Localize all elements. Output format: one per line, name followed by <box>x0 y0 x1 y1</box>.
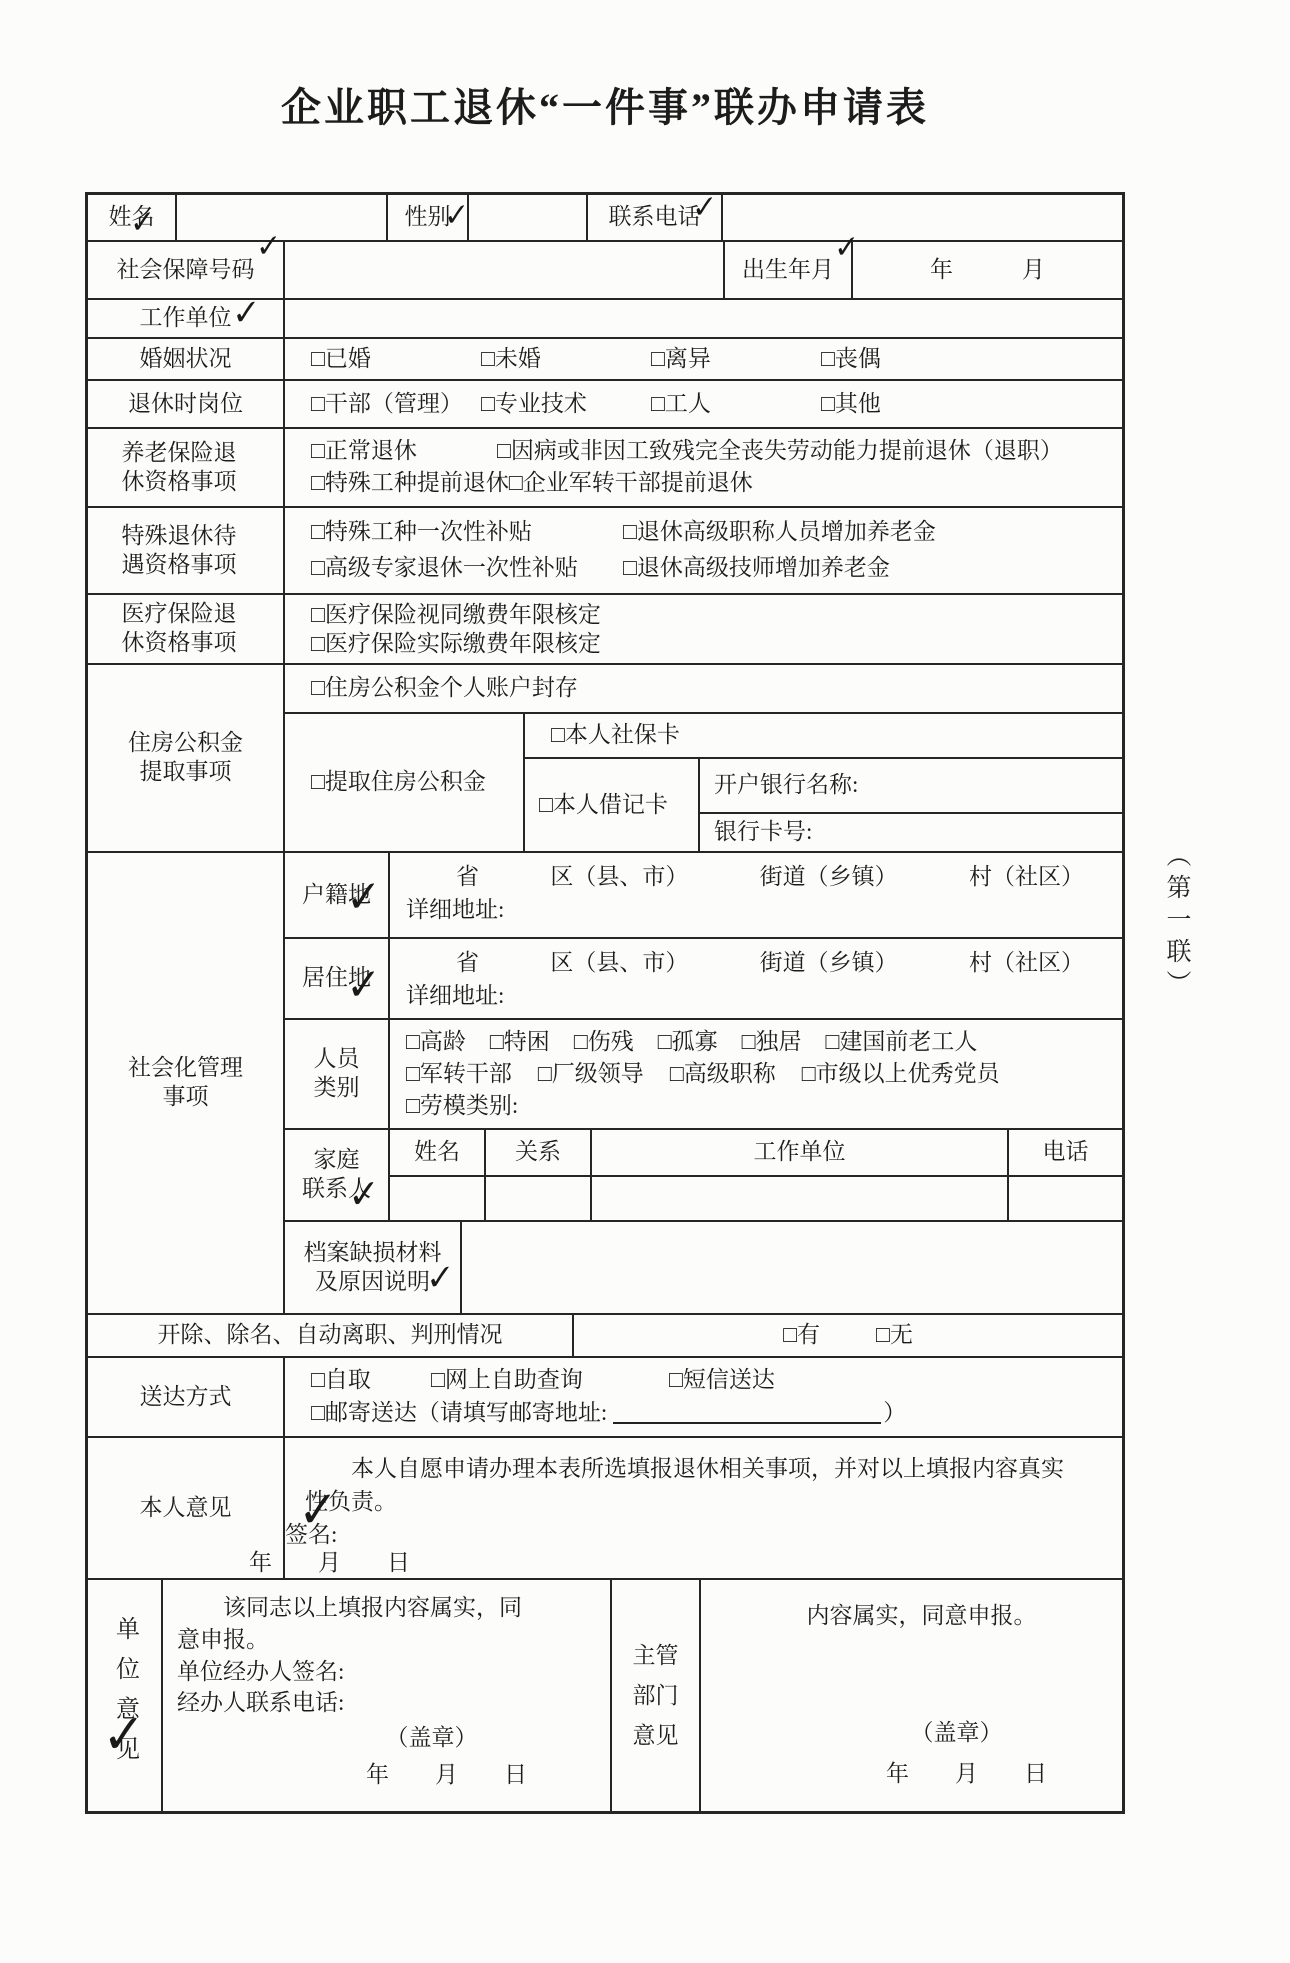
family-name-header: 姓名 <box>390 1130 484 1175</box>
employer-date-line[interactable]: 年 月 日 <box>163 1753 610 1790</box>
bank-name-label: 开户银行名称: <box>714 771 858 800</box>
family-data-row <box>390 1175 1122 1220</box>
pension-options: □正常退休 □因病或非因工致残完全丧失劳动能力提前退休（退职） □特殊工种提前退… <box>283 429 1122 506</box>
checkbox-unmarried[interactable]: □未婚 <box>481 345 651 374</box>
checkbox-special-work-subsidy[interactable]: □特殊工种一次性补贴 <box>311 518 623 547</box>
hukou-region-headers: 省 区（县、市） 街道（乡镇） 村（社区） <box>390 853 1122 892</box>
personal-opinion-content: 本人自愿申请办理本表所选填报退休相关事项，并对以上填报内容真实性负责。 签名: … <box>283 1438 1122 1578</box>
hukou-address-cell[interactable]: 省 区（县、市） 街道（乡镇） 村（社区） 详细地址: <box>388 853 1122 937</box>
supervisor-statement: 内容属实，同意申报。 <box>701 1580 1122 1631</box>
checkbox-normal-retire[interactable]: □正常退休 <box>311 437 497 466</box>
row-basic-1: 姓名 性别 联系电话 <box>88 195 1122 240</box>
ssn-input-cell[interactable] <box>283 242 723 298</box>
checkbox-worker[interactable]: □工人 <box>651 390 821 419</box>
housing-seal-row: □住房公积金个人账户封存 <box>285 665 1122 712</box>
checkbox-withdraw-housing-fund-cell: □提取住房公积金 <box>285 714 523 851</box>
checkbox-no[interactable]: □无 <box>876 1321 913 1350</box>
mail-option-suffix: ） <box>883 1399 906 1428</box>
archive-input-cell[interactable] <box>460 1222 1122 1313</box>
employer-statement: 该同志以上填报内容属实，同意申报。 <box>163 1580 529 1656</box>
name-label: 姓名 <box>88 195 175 240</box>
scanned-form-page: 企业职工退休“一件事”联办申请表 姓名 性别 联系电话 社会保障号码 出生年月 … <box>0 0 1290 1963</box>
checkbox-withdraw-housing-fund[interactable]: □提取住房公积金 <box>311 768 486 797</box>
gender-label: 性别 <box>386 195 467 240</box>
residence-detail-label: 详细地址: <box>390 978 1122 1019</box>
checkbox-married[interactable]: □已婚 <box>311 345 481 374</box>
person-type-row: 人员类别 □高龄 □特困 □伤残 □孤寡 □独居 □建国前老工人 □军转干部 <box>285 1018 1122 1128</box>
family-name-input[interactable] <box>390 1177 484 1220</box>
family-header-row: 姓名 关系 工作单位 电话 <box>390 1130 1122 1175</box>
province-label: 省 <box>456 949 479 978</box>
gender-input-cell[interactable] <box>467 195 586 240</box>
family-employer-header: 工作单位 <box>590 1130 1007 1175</box>
family-relation-input[interactable] <box>484 1177 590 1220</box>
checkbox-factory-leader[interactable]: □厂级领导 <box>538 1060 644 1089</box>
row-opinions: 单位意见 该同志以上填报内容属实，同意申报。 单位经办人签名: 经办人联系电话:… <box>88 1578 1122 1811</box>
dismissal-label: 开除、除名、自动离职、判刑情况 <box>88 1315 572 1356</box>
marital-options: □已婚 □未婚 □离异 □丧偶 <box>283 339 1122 379</box>
checkbox-elderly[interactable]: □高龄 <box>406 1028 466 1057</box>
checkbox-army-cadre-retire[interactable]: □企业军转干部提前退休 <box>509 469 753 498</box>
family-contact-table: 姓名 关系 工作单位 电话 <box>388 1130 1122 1220</box>
housing-content: □住房公积金个人账户封存 □提取住房公积金 □本人社保卡 □本人借记卡 <box>283 665 1122 851</box>
housing-label: 住房公积金提取事项 <box>88 665 283 851</box>
checkbox-mail-delivery[interactable]: □邮寄送达（请填写邮寄地址: <box>311 1399 607 1428</box>
social-management-label: 社会化管理事项 <box>88 853 283 1313</box>
employer-opinion-label: 单位意见 <box>88 1580 161 1811</box>
checkbox-senior-technician-pension[interactable]: □退休高级技师增加养老金 <box>623 554 890 583</box>
checkbox-extreme-poverty[interactable]: □特困 <box>490 1028 550 1057</box>
village-label: 村（社区） <box>969 949 1084 978</box>
family-relation-header: 关系 <box>484 1130 590 1175</box>
row-special-benefit: 特殊退休待遇资格事项 □特殊工种一次性补贴 □退休高级职称人员增加养老金 □高级… <box>88 506 1122 593</box>
checkbox-sms-delivery[interactable]: □短信送达 <box>669 1366 775 1395</box>
medical-options: □医疗保险视同缴费年限核定 □医疗保险实际缴费年限核定 <box>283 595 1122 663</box>
position-label: 退休时岗位 <box>88 381 283 427</box>
dismissal-options: □有 □无 <box>572 1315 1122 1356</box>
row-delivery: 送达方式 □自取 □网上自助查询 □短信送达 □邮寄送达（请填写邮寄地址: ） <box>88 1356 1122 1436</box>
checkbox-divorced[interactable]: □离异 <box>651 345 821 374</box>
delivery-label: 送达方式 <box>88 1358 283 1436</box>
checkbox-other[interactable]: □其他 <box>821 390 881 419</box>
medical-label: 医疗保险退休资格事项 <box>88 595 283 663</box>
family-contact-block: 家庭 联系人 姓名 关系 工作单位 电话 <box>285 1128 1122 1220</box>
bank-card-label: 银行卡号: <box>714 818 812 847</box>
bank-card-cell[interactable]: 银行卡号: <box>700 812 1122 851</box>
street-label: 街道（乡镇） <box>760 949 898 978</box>
position-options: □干部（管理） □专业技术 □工人 □其他 <box>283 381 1122 427</box>
bank-info-area: 开户银行名称: 银行卡号: <box>698 759 1122 851</box>
agent-phone-label[interactable]: 经办人联系电话: <box>163 1687 610 1718</box>
district-label: 区（县、市） <box>550 863 688 892</box>
province-label: 省 <box>456 863 479 892</box>
checkbox-senior-title-pension[interactable]: □退休高级职称人员增加养老金 <box>623 518 936 547</box>
ssn-label: 社会保障号码 <box>88 242 283 298</box>
row-pension: 养老保险退休资格事项 □正常退休 □因病或非因工致残完全丧失劳动能力提前退休（退… <box>88 427 1122 506</box>
checkbox-widowed-alone[interactable]: □孤寡 <box>658 1028 718 1057</box>
archive-label: 档案缺损材料及原因说明 <box>285 1222 460 1313</box>
mail-address-input-line[interactable] <box>613 1400 881 1424</box>
family-employer-input[interactable] <box>590 1177 1007 1220</box>
village-label: 村（社区） <box>969 863 1084 892</box>
debit-card-row: □本人借记卡 开户银行名称: 银行卡号: <box>525 757 1122 851</box>
checkbox-special-work-retire[interactable]: □特殊工种提前退休 <box>311 469 509 498</box>
row-housing: 住房公积金提取事项 □住房公积金个人账户封存 □提取住房公积金 □本人社保卡 <box>88 663 1122 851</box>
checkbox-senior-title[interactable]: □高级职称 <box>670 1060 776 1089</box>
application-form-table: 姓名 性别 联系电话 社会保障号码 出生年月 年 月 工作单位 婚姻状况 □已婚… <box>85 192 1125 1814</box>
checkbox-model-worker-type[interactable]: □劳模类别: <box>406 1092 518 1121</box>
checkbox-technical[interactable]: □专业技术 <box>481 390 651 419</box>
residence-address-cell[interactable]: 省 区（县、市） 街道（乡镇） 村（社区） 详细地址: <box>388 939 1122 1018</box>
housing-card-area: □本人社保卡 □本人借记卡 开户银行名称: 银行卡号 <box>523 714 1122 851</box>
family-phone-header: 电话 <box>1007 1130 1122 1175</box>
personal-date-line[interactable]: 年 月 日 <box>249 1549 1004 1578</box>
family-contact-label: 家庭 联系人 <box>285 1130 388 1220</box>
hukou-label: 户籍地 <box>285 853 388 937</box>
employer-label: 工作单位 <box>88 300 283 337</box>
checkbox-yes[interactable]: □有 <box>783 1321 820 1350</box>
special-benefit-options: □特殊工种一次性补贴 □退休高级职称人员增加养老金 □高级专家退休一次性补贴 □… <box>283 508 1122 593</box>
checkbox-own-debit-card-cell: □本人借记卡 <box>525 759 698 851</box>
checkbox-outstanding-party-member[interactable]: □市级以上优秀党员 <box>802 1060 1000 1089</box>
person-type-label: 人员类别 <box>285 1020 388 1128</box>
row-personal-opinion: 本人意见 本人自愿申请办理本表所选填报退休相关事项，并对以上填报内容真实性负责。… <box>88 1436 1122 1578</box>
checkbox-own-social-card[interactable]: □本人社保卡 <box>551 721 680 750</box>
agent-sign-label[interactable]: 单位经办人签名: <box>163 1656 610 1687</box>
social-card-row: □本人社保卡 <box>525 714 1122 757</box>
supervisor-opinion-label: 主管部门意见 <box>610 1580 699 1811</box>
phone-input-cell[interactable] <box>721 195 1122 240</box>
checkbox-own-debit-card[interactable]: □本人借记卡 <box>539 791 668 820</box>
checkbox-illness-retire[interactable]: □因病或非因工致残完全丧失劳动能力提前退休（退职） <box>497 437 1063 466</box>
checkbox-pre-liberation-worker[interactable]: □建国前老工人 <box>826 1028 978 1057</box>
employer-opinion-content: 该同志以上填报内容属实，同意申报。 单位经办人签名: 经办人联系电话: （盖章）… <box>161 1580 610 1811</box>
family-phone-input[interactable] <box>1007 1177 1122 1220</box>
personal-statement: 本人自愿申请办理本表所选填报退休相关事项，并对以上填报内容真实性负责。 <box>285 1438 1075 1519</box>
residence-row: 居住地 省 区（县、市） 街道（乡镇） 村（社区） 详细地址: <box>285 937 1122 1018</box>
birth-label: 出生年月 <box>723 242 851 298</box>
hukou-row: 户籍地 省 区（县、市） 街道（乡镇） 村（社区） 详细地址: <box>285 853 1122 937</box>
checkbox-senior-expert-subsidy[interactable]: □高级专家退休一次性补贴 <box>311 554 623 583</box>
employer-input-cell[interactable] <box>283 300 1122 337</box>
special-benefit-label: 特殊退休待遇资格事项 <box>88 508 283 593</box>
checkbox-army-cadre[interactable]: □军转干部 <box>406 1060 512 1089</box>
phone-label: 联系电话 <box>586 195 721 240</box>
name-input-cell[interactable] <box>175 195 386 240</box>
person-type-options: □高龄 □特困 □伤残 □孤寡 □独居 □建国前老工人 □军转干部 □厂级领导 … <box>388 1020 1122 1128</box>
district-label: 区（县、市） <box>550 949 688 978</box>
hukou-detail-label: 详细地址: <box>390 892 1122 933</box>
supervisor-opinion-content: 内容属实，同意申报。 （盖章） 年 月 日 <box>699 1580 1122 1811</box>
row-basic-2: 社会保障号码 出生年月 年 月 <box>88 240 1122 298</box>
residence-label: 居住地 <box>285 939 388 1018</box>
supervisor-date-line[interactable]: 年 月 日 <box>701 1748 1122 1789</box>
checkbox-online-query[interactable]: □网上自助查询 <box>431 1366 669 1395</box>
employer-seal-label: （盖章） <box>163 1718 610 1753</box>
checkbox-medical-actual-years[interactable]: □医疗保险实际缴费年限核定 <box>311 630 601 659</box>
residence-region-headers: 省 区（县、市） 街道（乡镇） 村（社区） <box>390 939 1122 978</box>
row-medical: 医疗保险退休资格事项 □医疗保险视同缴费年限核定 □医疗保险实际缴费年限核定 <box>88 593 1122 663</box>
archive-row: 档案缺损材料及原因说明 <box>285 1220 1122 1313</box>
housing-withdraw-row: □提取住房公积金 □本人社保卡 □本人借记卡 开户银行名称 <box>285 712 1122 851</box>
bank-name-cell[interactable]: 开户银行名称: <box>700 759 1122 812</box>
form-title: 企业职工退休“一件事”联办申请表 <box>85 76 1125 133</box>
checkbox-self-pickup[interactable]: □自取 <box>311 1366 431 1395</box>
birth-input-cell[interactable]: 年 月 <box>851 242 1122 298</box>
pension-label: 养老保险退休资格事项 <box>88 429 283 506</box>
row-employer: 工作单位 <box>88 298 1122 337</box>
marital-label: 婚姻状况 <box>88 339 283 379</box>
checkbox-medical-deemed-years[interactable]: □医疗保险视同缴费年限核定 <box>311 601 601 630</box>
row-position: 退休时岗位 □干部（管理） □专业技术 □工人 □其他 <box>88 379 1122 427</box>
signature-label[interactable]: 签名: <box>285 1521 1004 1550</box>
checkbox-living-alone[interactable]: □独居 <box>742 1028 802 1057</box>
supervisor-seal-label: （盖章） <box>701 1631 1122 1748</box>
row-marital: 婚姻状况 □已婚 □未婚 □离异 □丧偶 <box>88 337 1122 379</box>
checkbox-disabled[interactable]: □伤残 <box>574 1028 634 1057</box>
delivery-options: □自取 □网上自助查询 □短信送达 □邮寄送达（请填写邮寄地址: ） <box>283 1358 1122 1436</box>
street-label: 街道（乡镇） <box>760 863 898 892</box>
row-social-management: 社会化管理事项 户籍地 省 区（县、市） 街道（乡镇） 村（社区） 详细地址: <box>88 851 1122 1313</box>
copy-number-note: （第一联） <box>1158 842 1194 1002</box>
social-management-content: 户籍地 省 区（县、市） 街道（乡镇） 村（社区） 详细地址: 居住地 <box>283 853 1122 1313</box>
row-dismissal: 开除、除名、自动离职、判刑情况 □有 □无 <box>88 1313 1122 1356</box>
checkbox-housing-account-seal[interactable]: □住房公积金个人账户封存 <box>311 674 578 703</box>
checkbox-widowed[interactable]: □丧偶 <box>821 345 881 374</box>
checkbox-cadre[interactable]: □干部（管理） <box>311 390 481 419</box>
